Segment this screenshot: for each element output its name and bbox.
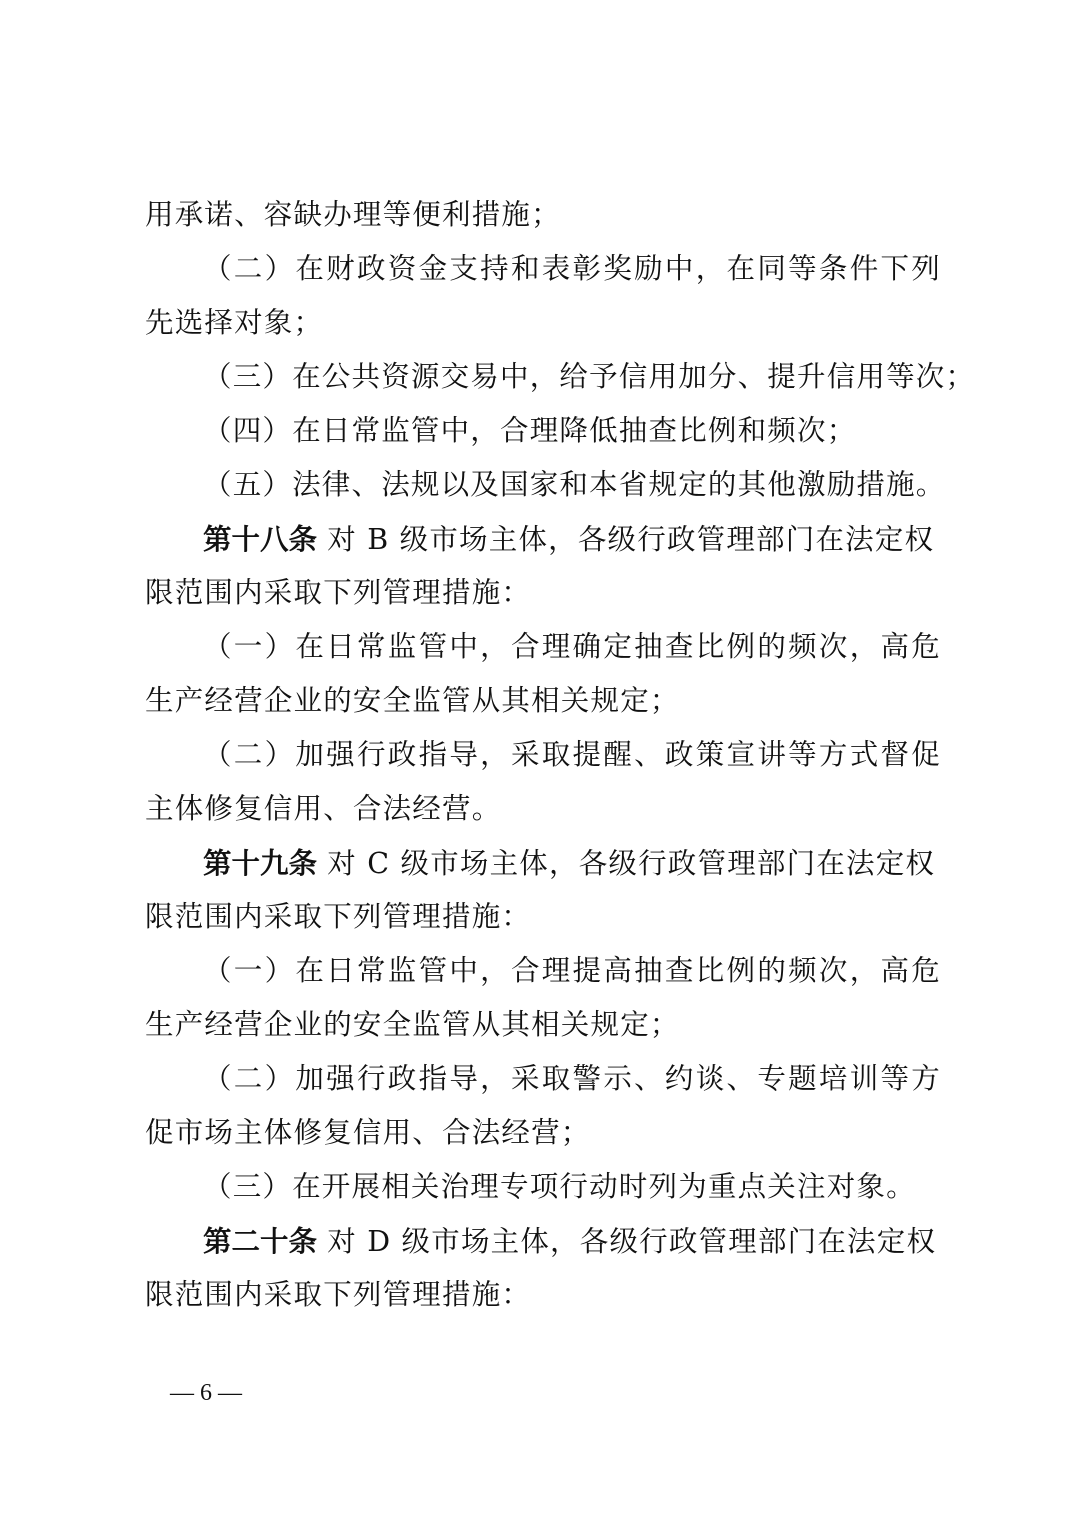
article-19-first-line: 第十九条 对 C 级市场主体，各级行政管理部门在法定权 bbox=[145, 836, 941, 890]
page-number: — 6 — bbox=[170, 1378, 242, 1408]
article-20-first-line: 第二十条 对 D 级市场主体，各级行政管理部门在法定权 bbox=[145, 1214, 941, 1268]
text-line: （三）在公共资源交易中，给予信用加分、提升信用等次； bbox=[145, 350, 941, 404]
article-19-item-2: （二）加强行政指导，采取警示、约谈、专题培训等方式督 bbox=[145, 1052, 941, 1106]
text-line: （二）在财政资金支持和表彰奖励中，在同等条件下列为优 bbox=[145, 242, 941, 296]
text-line: （五）法律、法规以及国家和本省规定的其他激励措施。 bbox=[145, 458, 941, 512]
article-19-heading: 第十九条 bbox=[203, 846, 317, 880]
text-line: 用承诺、容缺办理等便利措施； bbox=[145, 188, 941, 242]
article-18-heading: 第十八条 bbox=[203, 522, 317, 556]
article-19-item-2-cont: 促市场主体修复信用、合法经营； bbox=[145, 1106, 941, 1160]
article-19-item-3: （三）在开展相关治理专项行动时列为重点关注对象。 bbox=[145, 1160, 941, 1214]
article-19-item-1: （一）在日常监管中，合理提高抽查比例的频次，高危行业 bbox=[145, 944, 941, 998]
article-19-item-1-cont: 生产经营企业的安全监管从其相关规定； bbox=[145, 998, 941, 1052]
article-18-item-1: （一）在日常监管中，合理确定抽查比例的频次，高危行业 bbox=[145, 620, 941, 674]
article-18-text: 对 B 级市场主体，各级行政管理部门在法定权 bbox=[327, 523, 934, 556]
article-18-item-2-cont: 主体修复信用、合法经营。 bbox=[145, 782, 941, 836]
article-19-continuation: 限范围内采取下列管理措施： bbox=[145, 890, 941, 944]
article-20-heading: 第二十条 bbox=[203, 1224, 317, 1258]
article-18-item-2: （二）加强行政指导，采取提醒、政策宣讲等方式督促市场 bbox=[145, 728, 941, 782]
article-18-item-1-cont: 生产经营企业的安全监管从其相关规定； bbox=[145, 674, 941, 728]
document-page: 用承诺、容缺办理等便利措施； （二）在财政资金支持和表彰奖励中，在同等条件下列为… bbox=[145, 188, 941, 1322]
article-20-continuation: 限范围内采取下列管理措施： bbox=[145, 1268, 941, 1322]
text-line: 先选择对象； bbox=[145, 296, 941, 350]
article-18-continuation: 限范围内采取下列管理措施： bbox=[145, 566, 941, 620]
article-19-text: 对 C 级市场主体，各级行政管理部门在法定权 bbox=[327, 847, 935, 880]
article-18-first-line: 第十八条 对 B 级市场主体，各级行政管理部门在法定权 bbox=[145, 512, 941, 566]
article-20-text: 对 D 级市场主体，各级行政管理部门在法定权 bbox=[327, 1225, 936, 1258]
text-line: （四）在日常监管中，合理降低抽查比例和频次； bbox=[145, 404, 941, 458]
